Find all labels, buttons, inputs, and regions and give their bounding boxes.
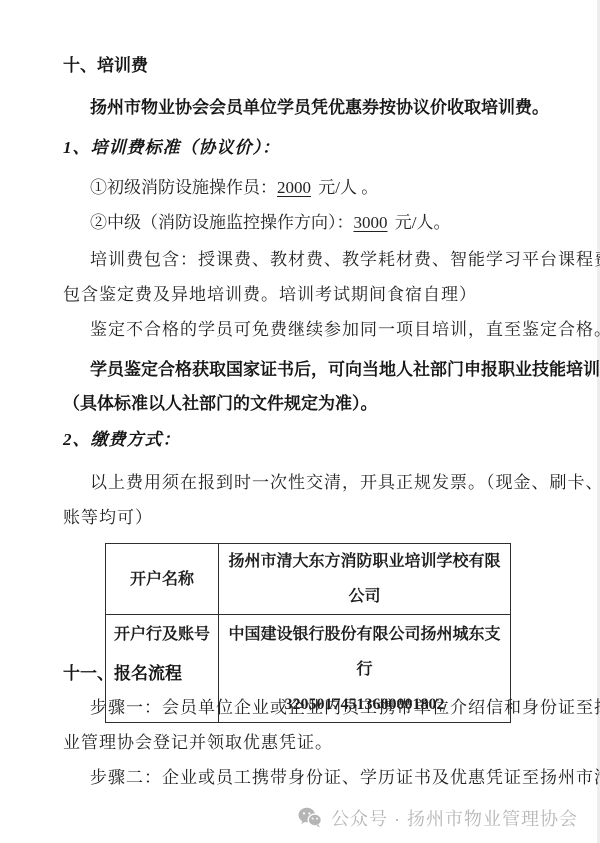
account-name-label: 开户名称 [106,544,219,615]
signup-step1-line1: 步骤一：会员单位企业或企业内员工携带单位介绍信和身份证至扬州市物 [63,690,570,725]
fee-subsidy-line2: （具体标准以人社部门的文件规定为准）。 [63,386,543,421]
section-signup-heading: 十一、报名流程 [63,656,543,691]
fee-subsidy-line1: 学员鉴定合格获取国家证书后，可向当地人社部门申报职业技能培训补贴 [63,352,570,387]
price-junior-unit: 元/人 。 [314,178,378,197]
price-junior-value: 2000 [277,178,314,197]
table-row: 开户名称 扬州市清大东方消防职业培训学校有限公司 [106,544,511,615]
fee-includes-line2: 包含鉴定费及异地培训费。培训考试期间食宿自理） [63,277,543,312]
wechat-footer: 公众号 · 扬州市物业管理协会 [298,800,578,835]
section-fee-heading: 十、培训费 [63,48,543,83]
price-junior-line: ①初级消防设施操作员：2000 元/人 。 [63,170,570,205]
fee-includes-line1: 培训费包含：授课费、教材费、教学耗材费、智能学习平台课程费等。（不 [63,242,570,277]
document-page: 十、培训费 扬州市物业协会会员单位学员凭优惠券按协议价收取培训费。 1、培训费标… [0,0,600,843]
signup-step2-line: 步骤二：企业或员工携带身份证、学历证书及优惠凭证至扬州市清大东方 [63,760,570,795]
account-name-value: 扬州市清大东方消防职业培训学校有限公司 [219,544,511,615]
fee-standard-heading: 1、培训费标准（协议价）： [63,130,543,165]
price-mid-unit: 元/人。 [391,213,451,232]
wechat-account-label: 公众号 · 扬州市物业管理协会 [331,805,578,831]
price-mid-text: ②中级（消防设施监控操作方向）： [90,213,354,232]
price-junior-text: ①初级消防设施操作员： [90,178,277,197]
fee-intro: 扬州市物业协会会员单位学员凭优惠券按协议价收取培训费。 [63,90,570,125]
payment-line2: 账等均可） [63,500,543,535]
price-mid-value: 3000 [354,213,391,232]
payment-heading: 2、缴费方式： [63,422,543,457]
wechat-icon [298,807,322,828]
payment-line1: 以上费用须在报到时一次性交清，开具正规发票。（现金、刷卡、对公转 [63,465,570,500]
price-mid-line: ②中级（消防设施监控操作方向）：3000 元/人。 [63,205,570,240]
fee-retry-line: 鉴定不合格的学员可免费继续参加同一项目培训，直至鉴定合格。 [63,312,570,347]
signup-step1-line2: 业管理协会登记并领取优惠凭证。 [63,725,543,760]
